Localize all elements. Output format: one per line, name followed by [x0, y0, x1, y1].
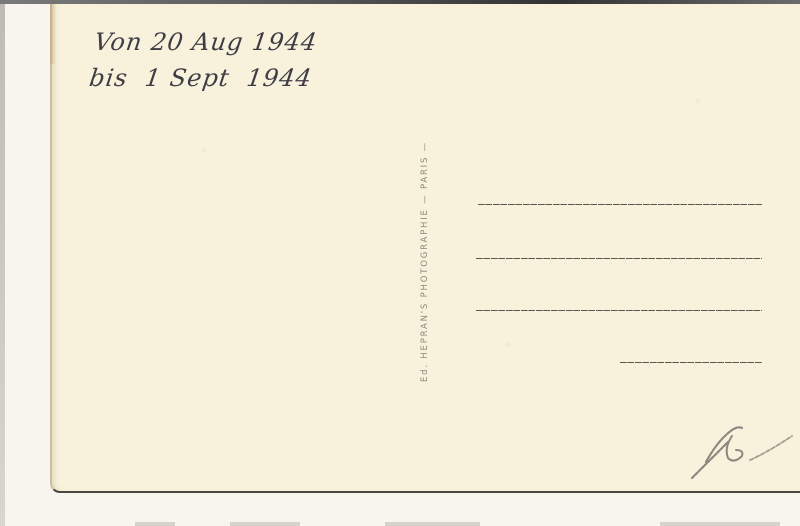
scan-bottom-artifacts [0, 510, 800, 526]
address-line-4 [620, 362, 762, 363]
handwritten-dates: Von 20 Aug 1944 bis 1 Sept 1944 [87, 24, 320, 96]
address-line-1 [478, 204, 762, 205]
handwritten-line-to: bis 1 Sept 1944 [87, 60, 315, 96]
address-line-3 [476, 310, 762, 311]
address-line-2 [476, 258, 762, 259]
scan-left-edge [0, 0, 5, 526]
publisher-imprint: Ed. HEPRAN'S PHOTOGRAPHIE — PARIS — [420, 141, 430, 382]
card-edge-stain [50, 4, 56, 64]
handwritten-line-from: Von 20 Aug 1944 [92, 24, 320, 60]
pencil-signature-icon [688, 412, 798, 484]
